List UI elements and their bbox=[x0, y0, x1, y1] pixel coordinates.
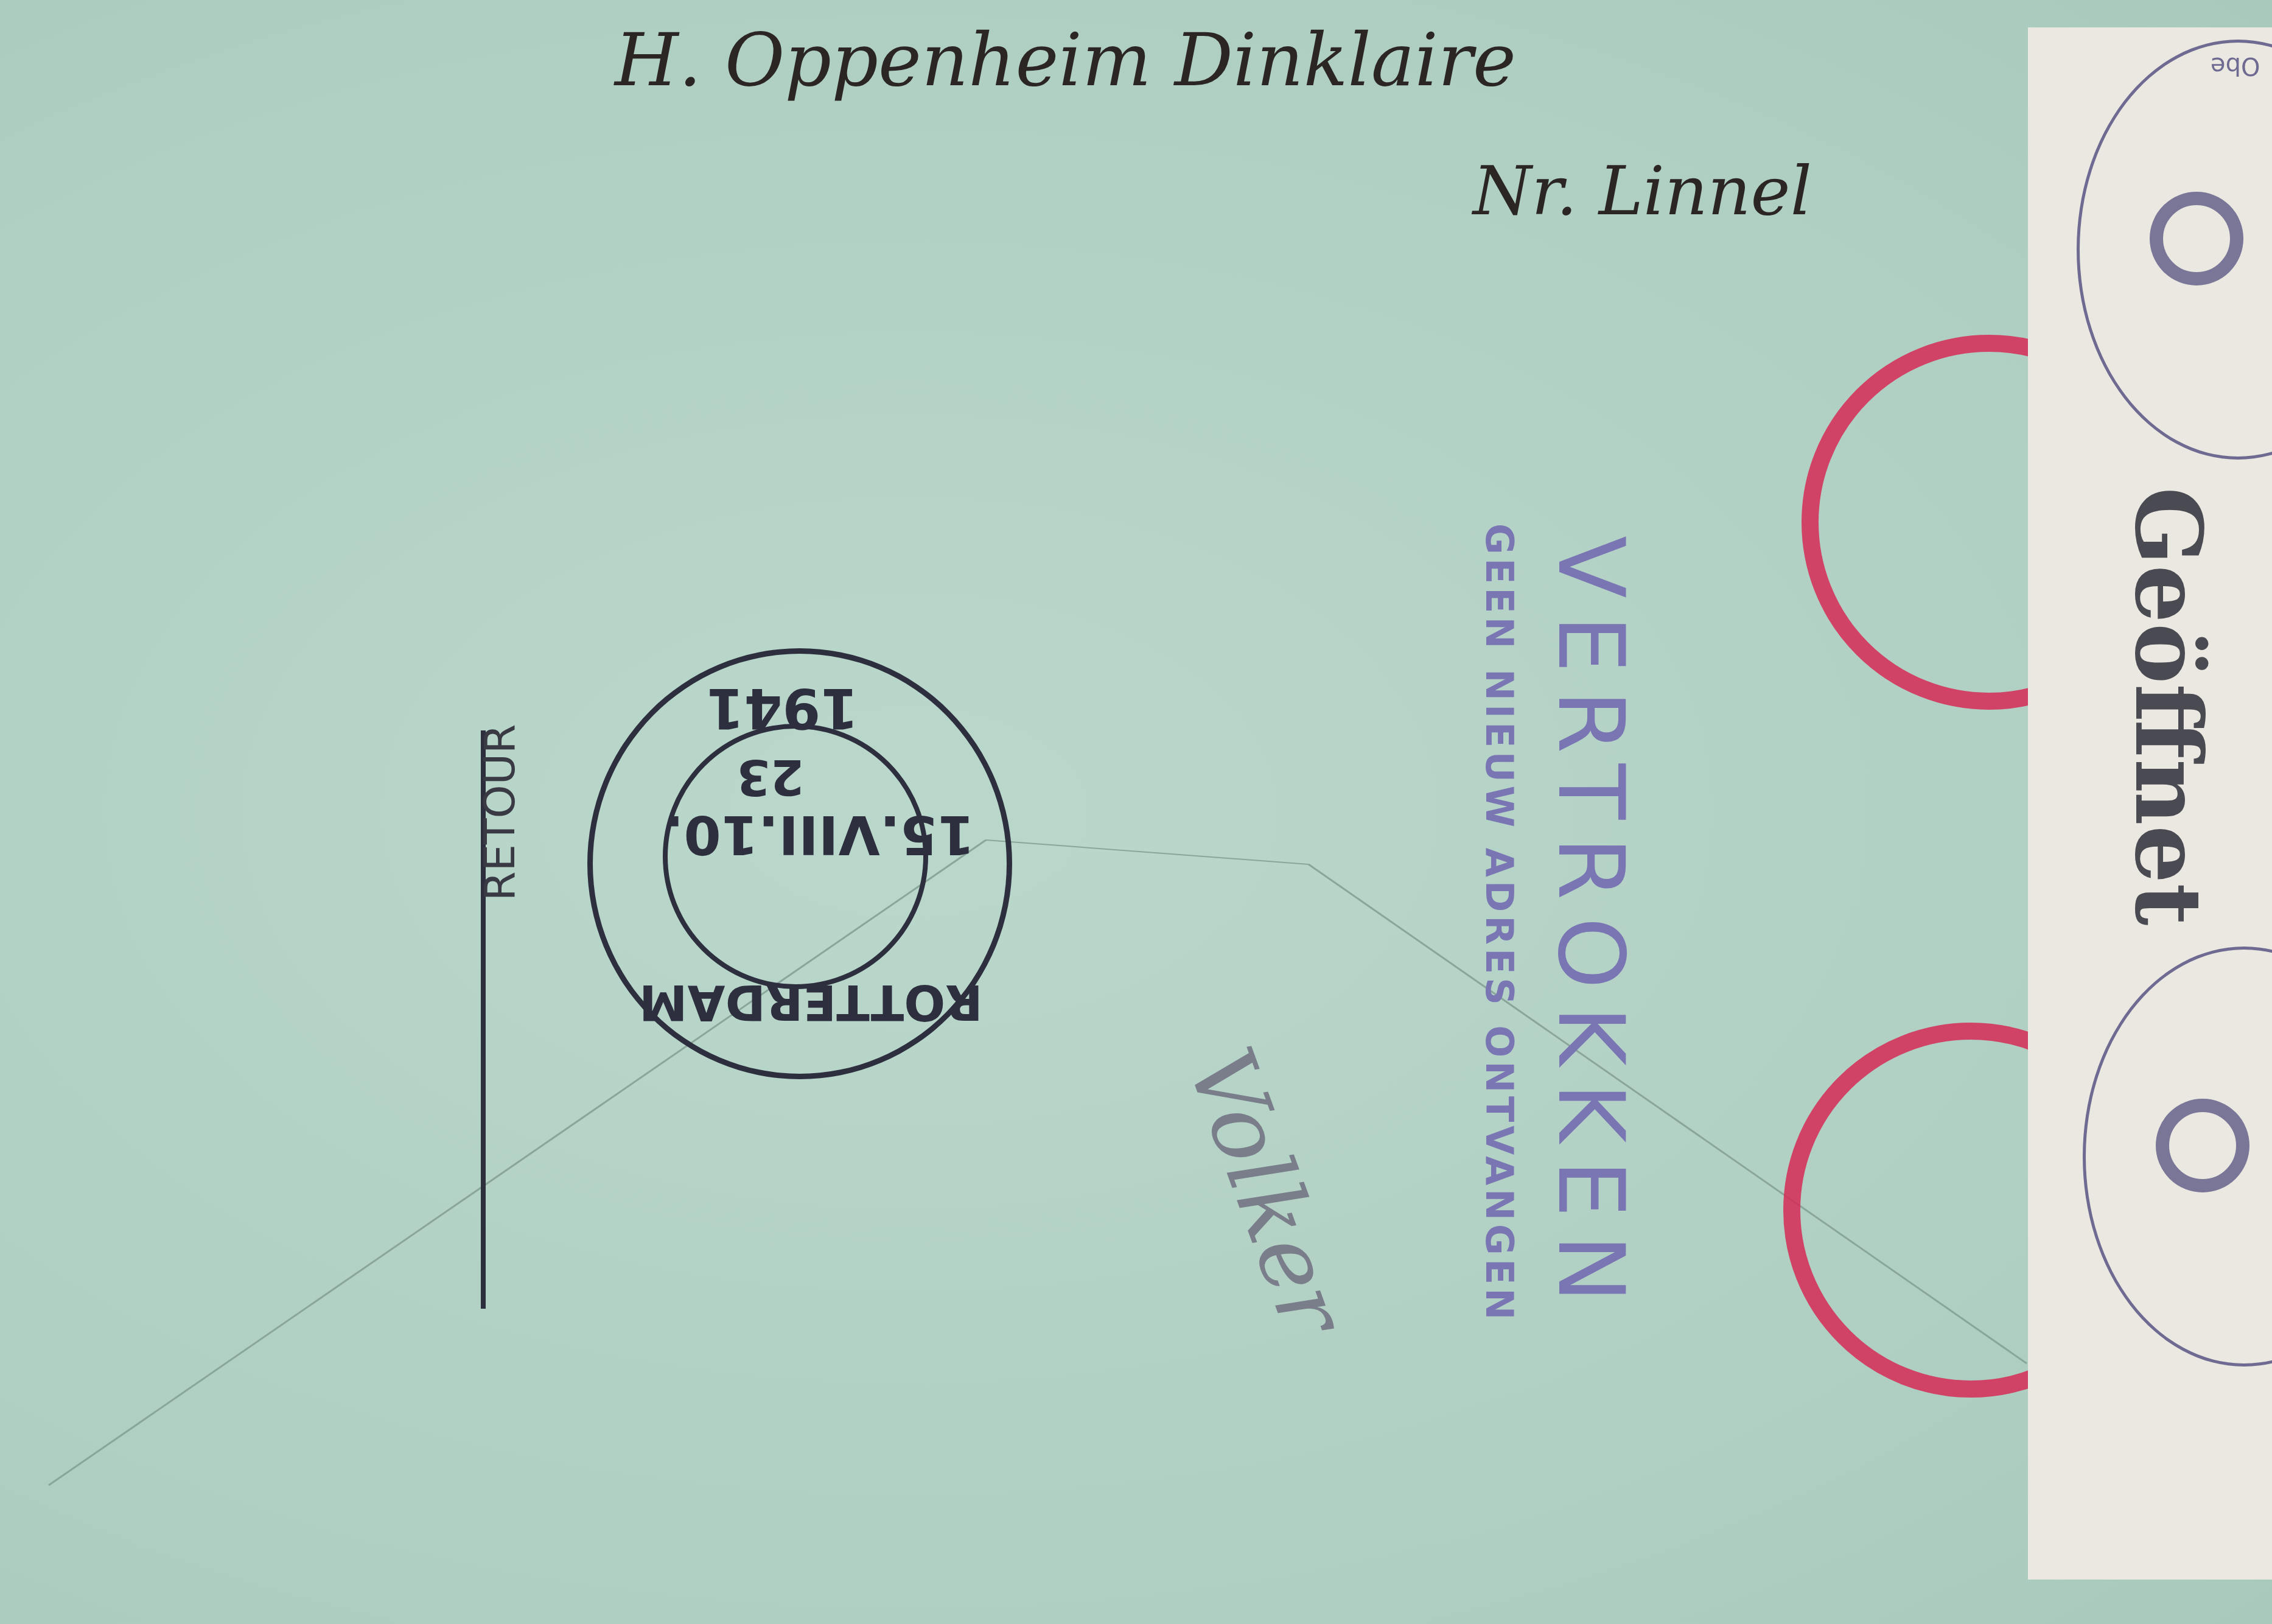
postmark-number: 23 bbox=[736, 749, 804, 805]
censor-stamp-label: Obe bbox=[2211, 52, 2260, 80]
handwritten-address: Nr. Linnel bbox=[1473, 152, 1812, 230]
geoeffnet-label: Geöffnet bbox=[2114, 487, 2221, 925]
vertrokken-subtitle: GEEN NIEUW ADRES ONTVANGEN bbox=[1477, 523, 1522, 1323]
retour-text: RETOUR bbox=[475, 724, 525, 901]
handwritten-name: H. Oppenheim Dinklaire bbox=[615, 18, 1516, 103]
vertrokken-title: VERTROKKEN bbox=[1537, 536, 1643, 1320]
eagle-emblem-top bbox=[2150, 192, 2243, 285]
postmark-city: ROTTERDAM bbox=[639, 974, 983, 1031]
eagle-emblem-bottom bbox=[2156, 1099, 2249, 1192]
postmark-date: 15.VIII.10. bbox=[663, 803, 975, 866]
postmark-year: 1941 bbox=[706, 676, 859, 740]
